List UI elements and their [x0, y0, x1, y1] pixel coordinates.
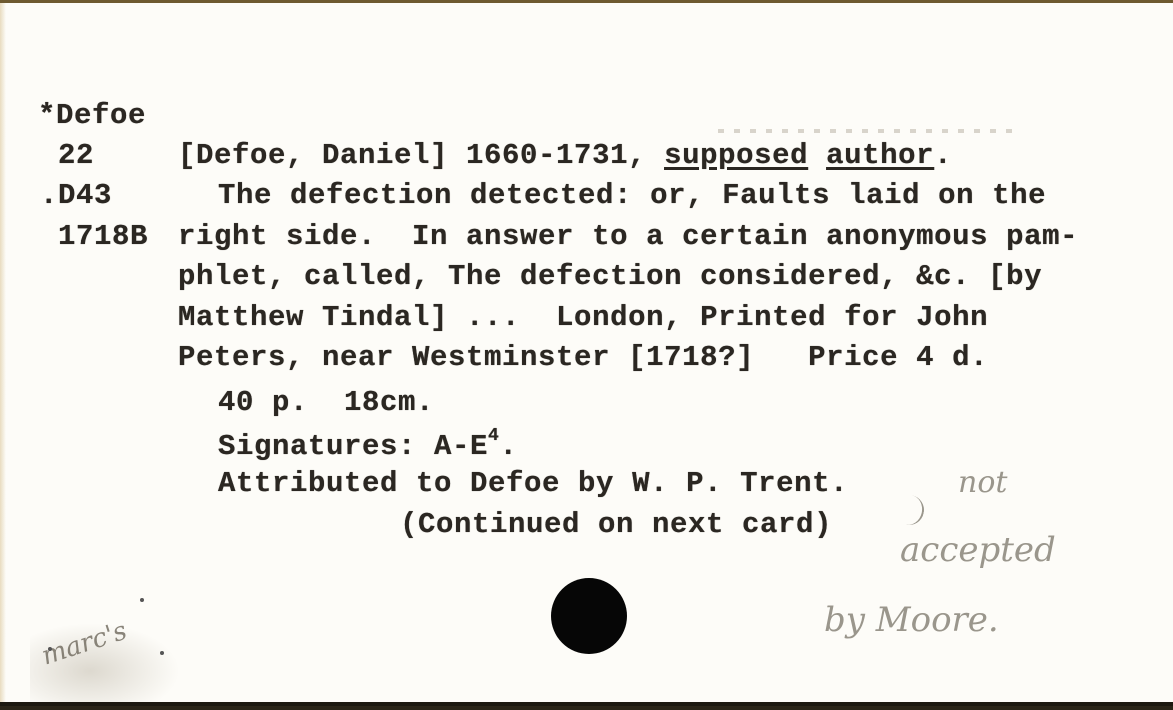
ink-speck — [140, 598, 144, 602]
ink-speck — [48, 647, 52, 651]
author-heading: [Defoe, Daniel] 1660-1731, supposed auth… — [178, 139, 952, 172]
signatures: Signatures: A-E4. — [218, 426, 517, 463]
handwritten-by-moore: by Moore. — [824, 600, 999, 640]
faint-ink-marks — [718, 129, 1018, 133]
call-number-cutter: .D43 — [40, 179, 112, 212]
author-name: [Defoe, Daniel] 1660-1731, — [178, 139, 646, 172]
title-line-4: Matthew Tindal] ... London, Printed for … — [178, 301, 988, 334]
handwritten-not: not — [958, 465, 1007, 500]
card-bottom-edge — [0, 702, 1173, 706]
continued-note: (Continued on next card) — [400, 508, 832, 541]
handwritten-arrow — [891, 492, 927, 528]
title-line-2: right side. In answer to a certain anony… — [178, 220, 1078, 253]
call-number-date: 1718B — [58, 220, 148, 253]
call-number-prefix: *Defoe — [38, 99, 146, 132]
ink-speck — [160, 651, 164, 655]
catalog-card: *Defoe 22 .D43 1718B [Defoe, Daniel] 166… — [0, 0, 1173, 706]
title-line-5: Peters, near Westminster [1718?] Price 4… — [178, 341, 988, 374]
heading-period: . — [934, 139, 952, 172]
relator-author: author — [826, 139, 934, 172]
relator-supposed: supposed — [664, 139, 808, 172]
handwritten-accepted: accepted — [900, 530, 1056, 570]
title-line-3: phlet, called, The defection considered,… — [178, 260, 1042, 293]
punch-hole — [551, 578, 627, 654]
title-line-1: The defection detected: or, Faults laid … — [218, 179, 1046, 212]
attribution-note: Attributed to Defoe by W. P. Trent. — [218, 467, 848, 500]
call-number-class: 22 — [58, 139, 94, 172]
collation: 40 p. 18cm. — [218, 386, 434, 419]
